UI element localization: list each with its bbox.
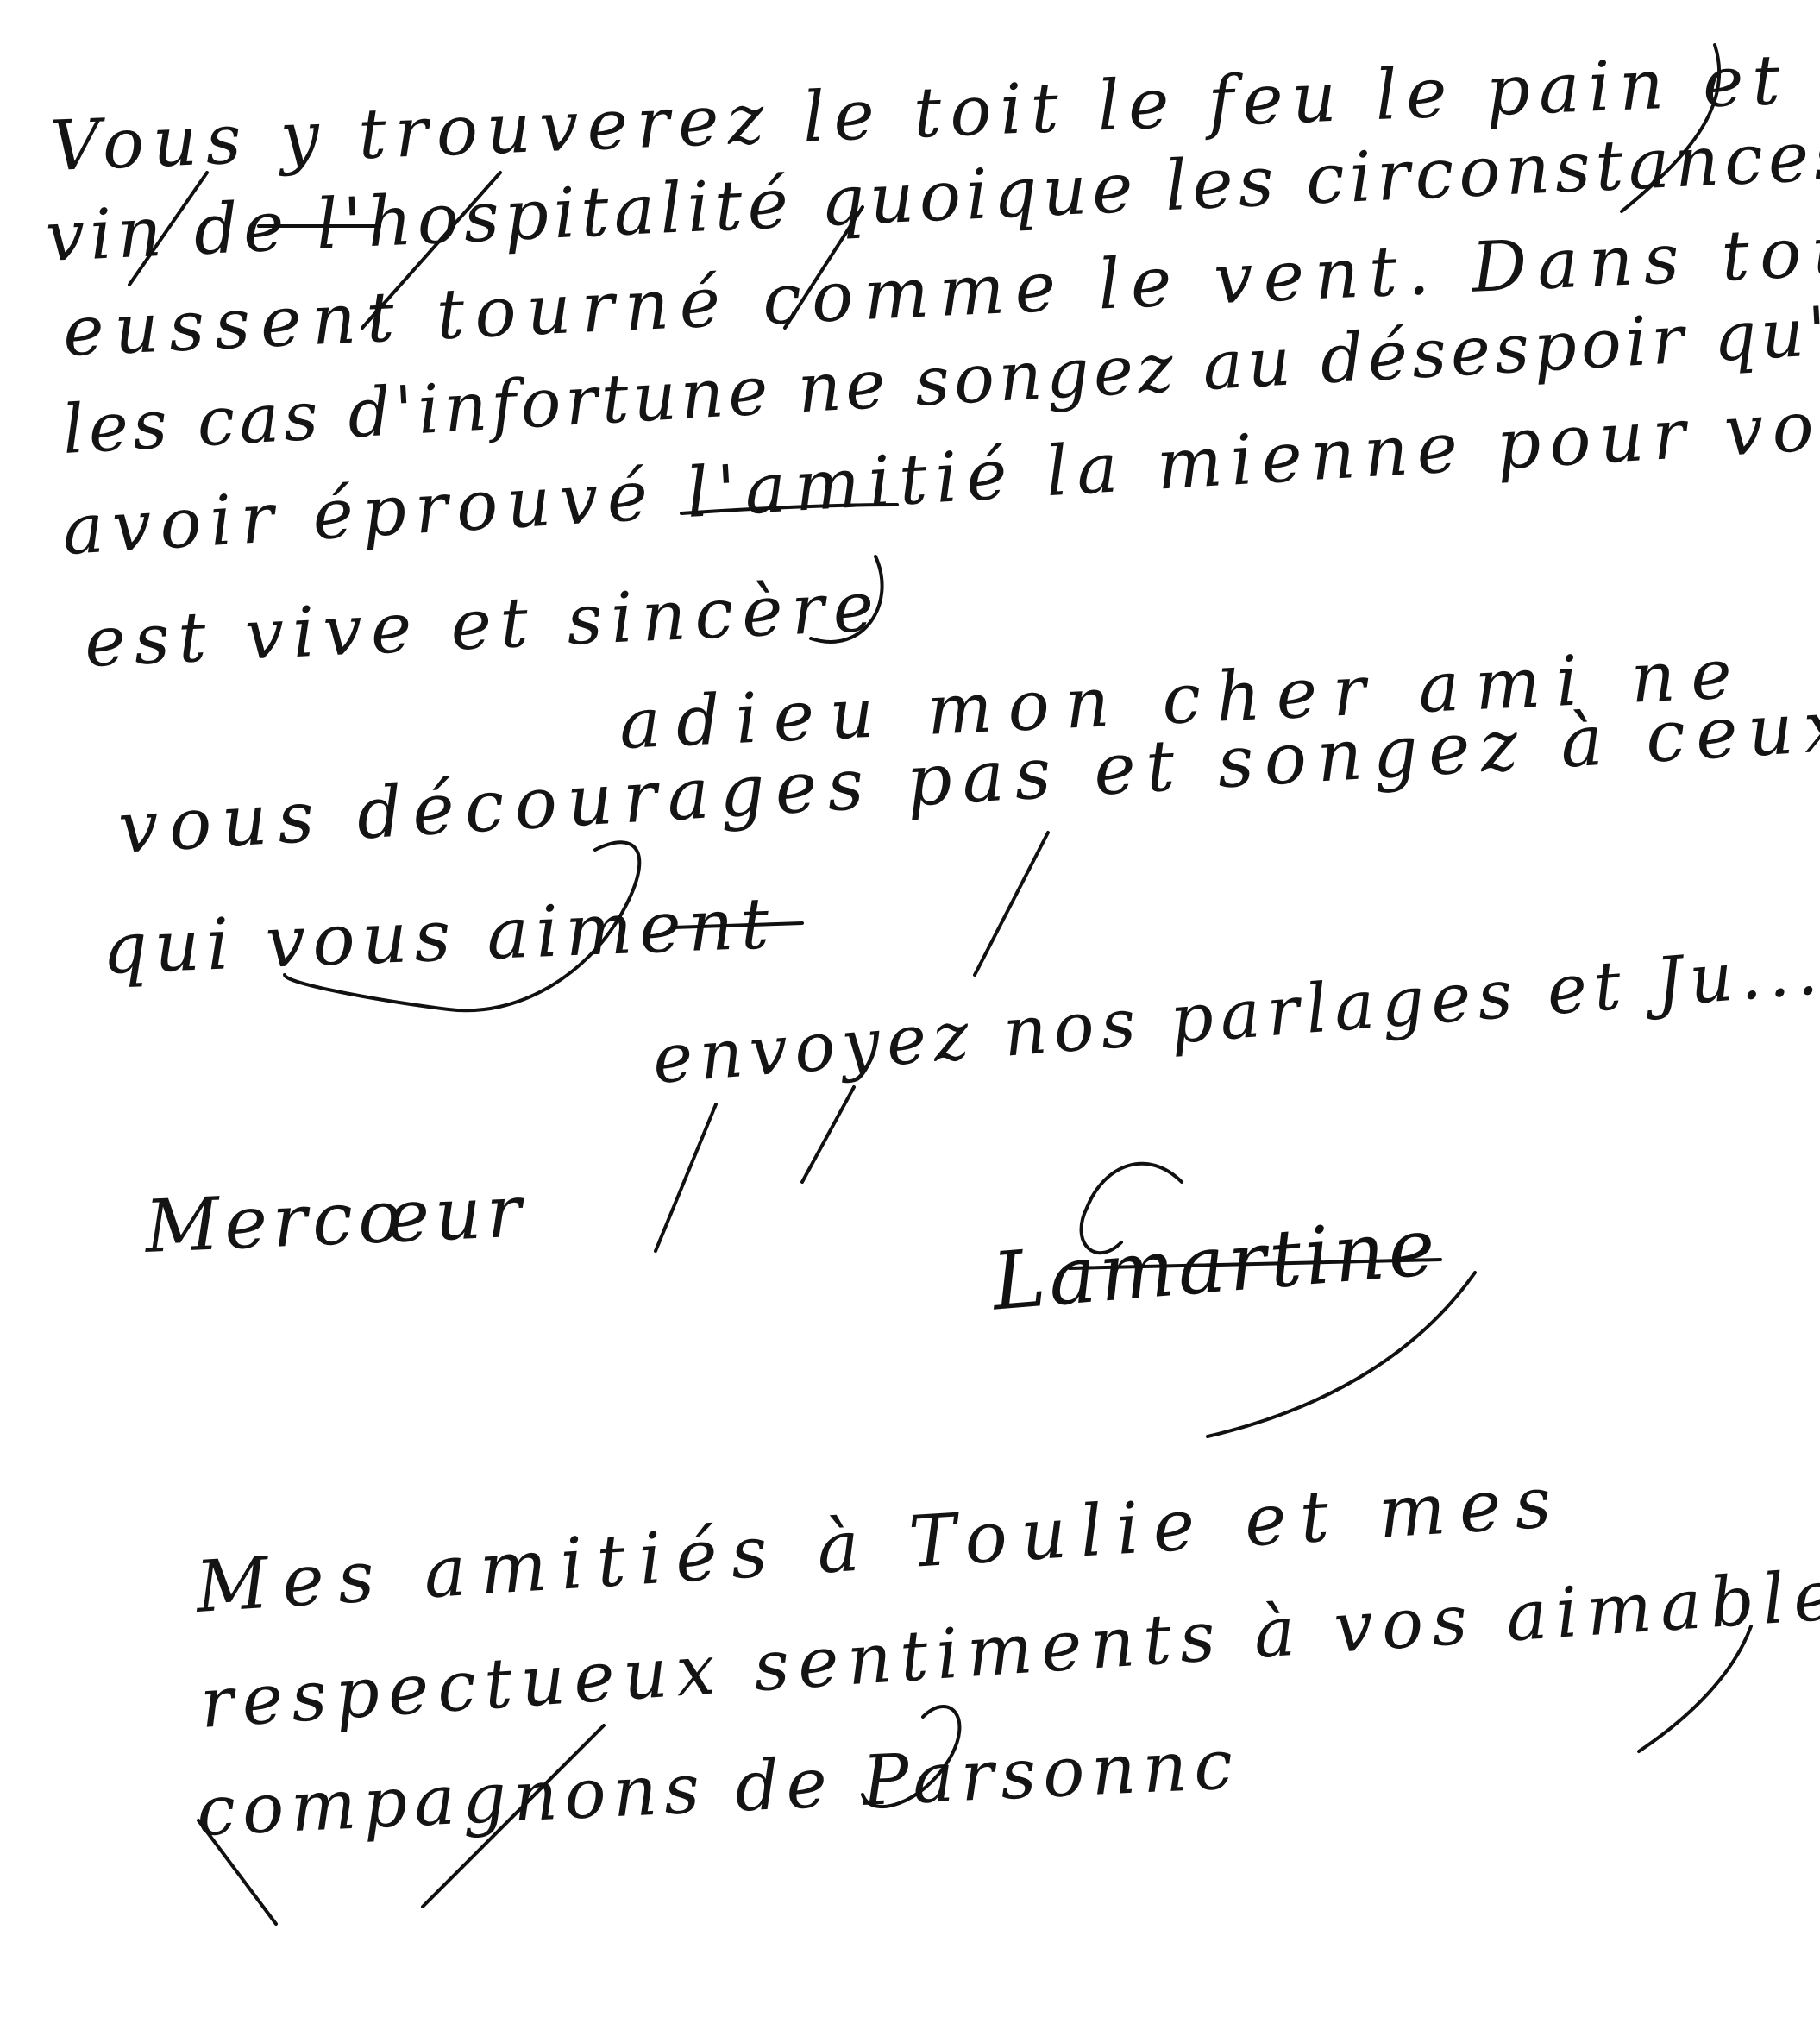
descender-songez xyxy=(975,833,1048,975)
descender-parlages xyxy=(802,1087,854,1182)
closing-line-3: qui vous aiment xyxy=(101,889,777,985)
signature: Lamartine xyxy=(989,1207,1441,1322)
place-name: Mercœur xyxy=(143,1175,527,1263)
descender-envoyez xyxy=(656,1104,716,1251)
postscript-line-3: compagnons de Parsonnc xyxy=(195,1730,1240,1846)
letter-page: Vous y trouverez le toit le feu le pain … xyxy=(0,0,1820,2024)
regards-line: envoyez nos parlages et Ju... xyxy=(650,937,1820,1094)
body-line-6: est vive et sincère xyxy=(83,572,883,677)
